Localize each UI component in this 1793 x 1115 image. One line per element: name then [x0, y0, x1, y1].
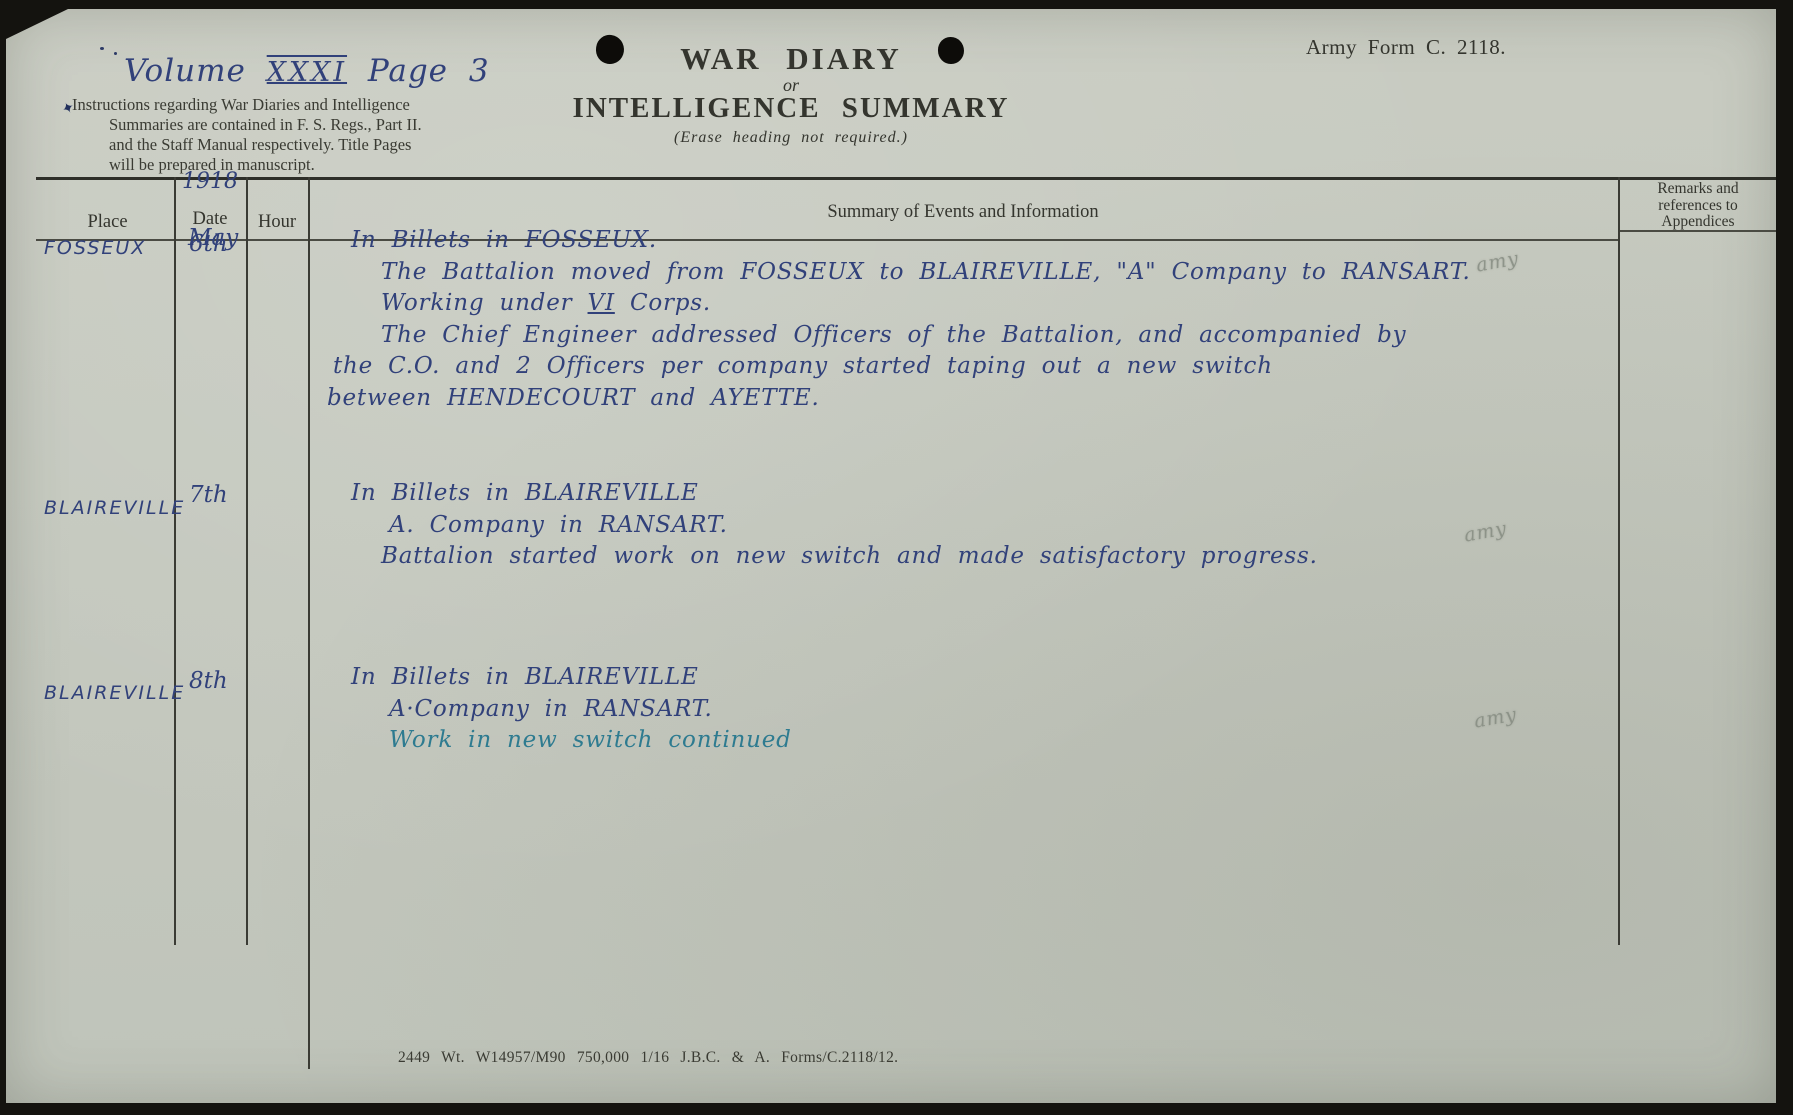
instructions-line: Summaries are contained in F. S. Regs., …	[109, 115, 422, 135]
summary-line: A·Company in RANSART.	[389, 694, 1606, 726]
summary-line: Battalion started work on new switch and…	[381, 541, 1606, 573]
instructions-line: and the Staff Manual respectively. Title…	[109, 135, 422, 155]
volume-label: Volume	[124, 53, 246, 89]
handwritten-year: 1918	[182, 169, 238, 194]
scan-corner-notch	[6, 9, 68, 39]
entry-date: 6th	[189, 231, 228, 257]
table-top-rule	[36, 177, 1776, 180]
printer-imprint: 2449 Wt. W14957/M90 750,000 1/16 J.B.C. …	[398, 1049, 898, 1067]
summary-line: between HENDECOURT and AYETTE.	[327, 383, 1606, 415]
paper-sheet: Army Form C. 2118. WAR DIARY or INTELLIG…	[6, 9, 1776, 1103]
entry-place: BLAIREVILLE	[44, 682, 185, 704]
column-header-hour: Hour	[246, 212, 308, 233]
instructions-line: Instructions regarding War Diaries and I…	[72, 95, 422, 115]
entry-place: BLAIREVILLE	[44, 497, 185, 519]
summary-line: Work in new switch continued	[389, 725, 1606, 757]
summary-line: The Chief Engineer addressed Officers of…	[381, 320, 1606, 352]
summary-line: the C.O. and 2 Officers per company star…	[333, 351, 1606, 383]
remarks-header-line: Appendices	[1618, 214, 1778, 231]
summary-line: In Billets in FOSSEUX.	[351, 225, 1606, 257]
column-divider-summary-remarks	[1618, 177, 1620, 945]
summary-line: In Billets in BLAIREVILLE	[351, 478, 1606, 510]
summary-line-part: Working under	[381, 290, 588, 316]
volume-number: XXXI	[267, 57, 347, 88]
instructions-line: will be prepared in manuscript.	[109, 155, 422, 175]
entry-summary: In Billets in FOSSEUX. The Battalion mov…	[351, 225, 1606, 414]
summary-line-part: Corps.	[615, 290, 711, 316]
summary-line: Working under VI Corps.	[381, 288, 1606, 320]
summary-line-underlined: VI	[588, 290, 615, 316]
entry-place: FOSSEUX	[44, 237, 146, 259]
instructions-block: Instructions regarding War Diaries and I…	[72, 95, 422, 175]
summary-line: A. Company in RANSART.	[389, 510, 1606, 542]
column-divider-place-date	[174, 177, 176, 945]
summary-line: The Battalion moved from FOSSEUX to BLAI…	[381, 257, 1606, 289]
entry-date: 7th	[189, 482, 228, 508]
remarks-header-line: references to	[1618, 198, 1778, 215]
summary-line: In Billets in BLAIREVILLE	[351, 662, 1606, 694]
scanned-document: Army Form C. 2118. WAR DIARY or INTELLIG…	[0, 0, 1793, 1115]
entry-summary: In Billets in BLAIREVILLE A. Company in …	[351, 478, 1606, 573]
column-header-summary: Summary of Events and Information	[308, 202, 1618, 223]
page-number: Page 3	[368, 53, 490, 89]
column-header-place: Place	[41, 212, 174, 233]
column-header-remarks: Remarks and references to Appendices	[1618, 181, 1778, 231]
entry-summary: In Billets in BLAIREVILLE A·Company in R…	[351, 662, 1606, 757]
column-divider-date-hour	[246, 177, 248, 945]
remarks-header-line: Remarks and	[1618, 181, 1778, 198]
column-divider-hour-summary	[308, 177, 310, 1069]
handwritten-volume-page: Volume XXXI Page 3	[124, 53, 490, 89]
entry-date: 8th	[189, 668, 228, 694]
